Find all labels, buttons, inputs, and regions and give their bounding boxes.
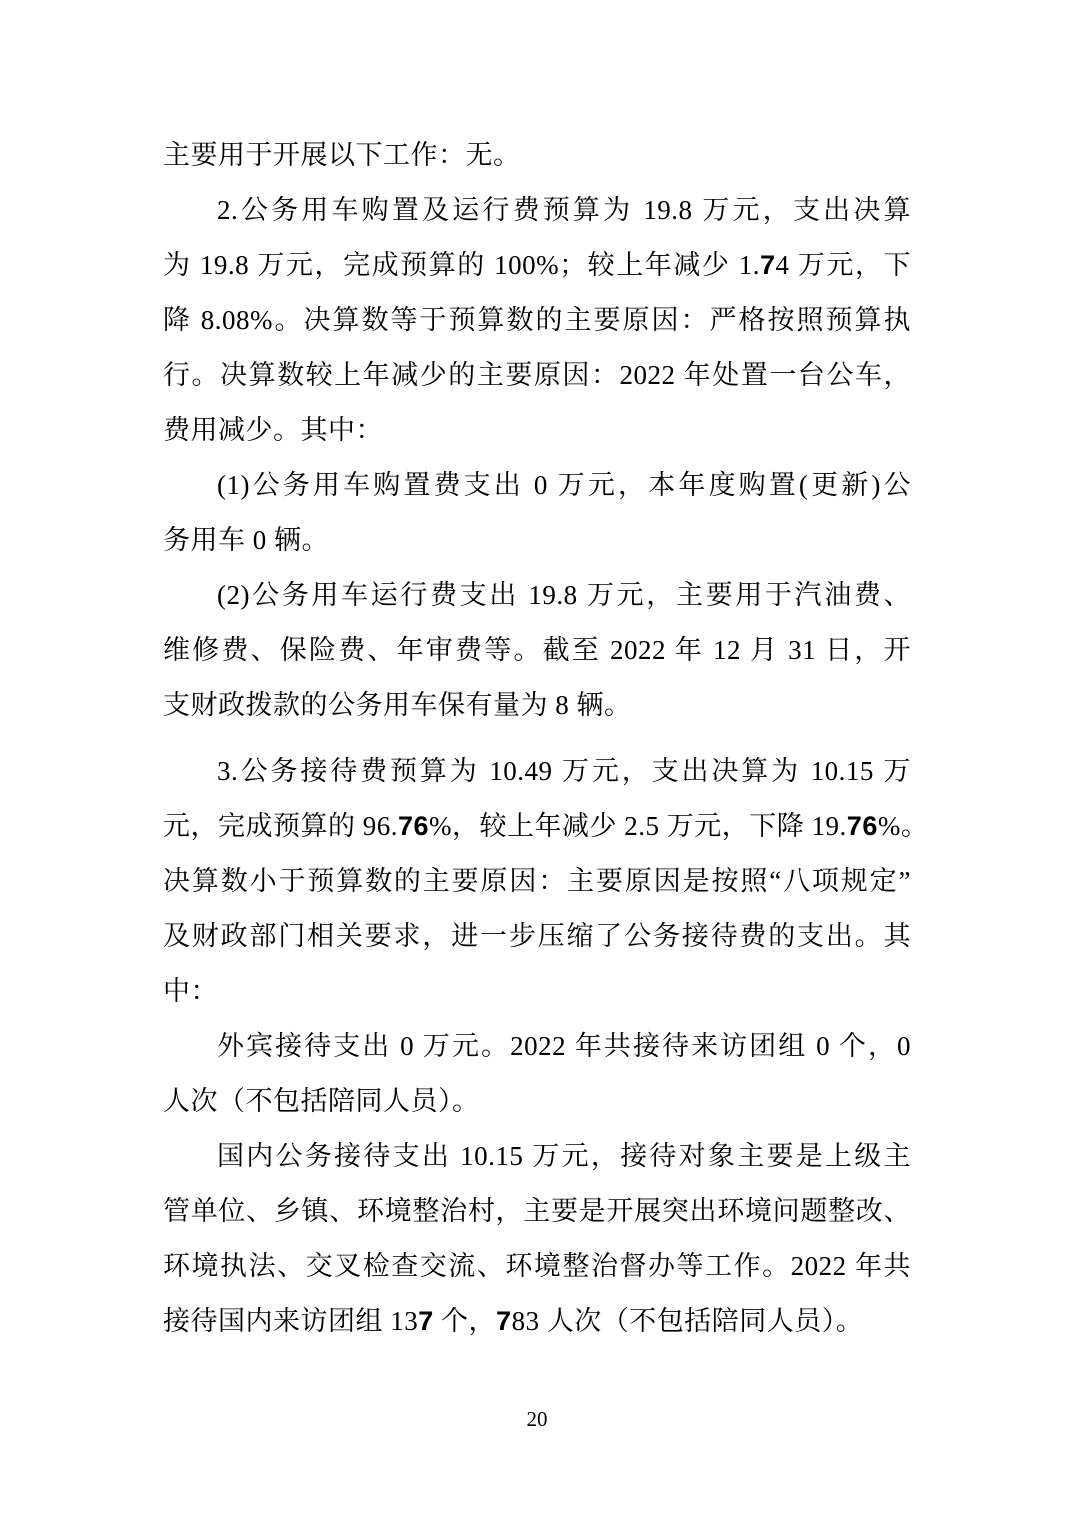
text-line: 降 8.08%。决算数等于预算数的主要原因：严格按照预算执	[163, 293, 911, 348]
text-segment: 环境执法、交叉检查交流、环境整治督办等工作。2022 年共	[163, 1251, 911, 1281]
bold-number: 76	[847, 811, 878, 841]
text-line: 环境执法、交叉检查交流、环境整治督办等工作。2022 年共	[163, 1239, 911, 1294]
text-line: 中：	[163, 964, 911, 1019]
text-segment: 务用车 0 辆。	[163, 525, 329, 555]
text-segment: 4 万元，下	[776, 250, 911, 280]
text-segment: 为 19.8 万元，完成预算的 100%；较上年减少 1.	[163, 250, 760, 280]
text-line: 接待国内来访团组 137 个，783 人次（不包括陪同人员）。	[163, 1294, 911, 1349]
text-segment: 费用减少。其中：	[163, 415, 383, 445]
text-segment: 中：	[163, 976, 218, 1006]
text-segment: 降 8.08%。决算数等于预算数的主要原因：严格按照预算执	[163, 305, 911, 335]
text-segment: 2.公务用车购置及运行费预算为 19.8 万元，支出决算	[217, 195, 911, 225]
text-line: 维修费、保险费、年审费等。截至 2022 年 12 月 31 日，开	[163, 623, 911, 678]
text-segment: 元，完成预算的 96.	[163, 811, 398, 841]
text-segment: 外宾接待支出 0 万元。2022 年共接待来访团组 0 个，0	[217, 1031, 911, 1061]
text-line: 务用车 0 辆。	[163, 513, 911, 568]
text-line: 支财政拨款的公务用车保有量为 8 辆。	[163, 678, 911, 733]
text-segment: 人次（不包括陪同人员）。	[163, 1086, 480, 1116]
text-line: 决算数小于预算数的主要原因：主要原因是按照“八项规定”	[163, 854, 911, 909]
text-segment: 维修费、保险费、年审费等。截至 2022 年 12 月 31 日，开	[163, 635, 911, 665]
text-line: (2)公务用车运行费支出 19.8 万元，主要用于汽油费、	[163, 568, 911, 623]
text-segment: 行。决算数较上年减少的主要原因：2022 年处置一台公车，	[163, 360, 911, 390]
text-segment: 支财政拨款的公务用车保有量为 8 辆。	[163, 690, 632, 720]
text-segment: 接待国内来访团组 13	[163, 1306, 418, 1336]
text-segment: 3.公务接待费预算为 10.49 万元，支出决算为 10.15 万	[217, 756, 911, 786]
text-line: 国内公务接待支出 10.15 万元，接待对象主要是上级主	[163, 1129, 911, 1184]
text-segment: 主要用于开展以下工作：无。	[163, 140, 521, 170]
text-line: 元，完成预算的 96.76%，较上年减少 2.5 万元，下降 19.76%。	[163, 799, 911, 854]
text-segment: %，较上年减少 2.5 万元，下降 19.	[429, 811, 847, 841]
text-segment: 个，	[434, 1306, 496, 1336]
text-line: 外宾接待支出 0 万元。2022 年共接待来访团组 0 个，0	[163, 1019, 911, 1074]
bold-number: 7	[496, 1306, 512, 1336]
text-segment: 决算数小于预算数的主要原因：主要原因是按照“八项规定”	[163, 866, 911, 896]
bold-number: 76	[398, 811, 429, 841]
text-line: 3.公务接待费预算为 10.49 万元，支出决算为 10.15 万	[163, 744, 911, 799]
text-segment: 国内公务接待支出 10.15 万元，接待对象主要是上级主	[217, 1141, 911, 1171]
text-line: 为 19.8 万元，完成预算的 100%；较上年减少 1.74 万元，下	[163, 238, 911, 293]
page-number: 20	[0, 1404, 1074, 1434]
text-segment: 83 人次（不包括陪同人员）。	[512, 1306, 864, 1336]
bold-number: 7	[418, 1306, 434, 1336]
text-line: 人次（不包括陪同人员）。	[163, 1074, 911, 1129]
text-line: 主要用于开展以下工作：无。	[163, 128, 911, 183]
text-line: 行。决算数较上年减少的主要原因：2022 年处置一台公车，	[163, 348, 911, 403]
text-segment: (2)公务用车运行费支出 19.8 万元，主要用于汽油费、	[217, 580, 911, 610]
text-line: 费用减少。其中：	[163, 403, 911, 458]
text-line: (1)公务用车购置费支出 0 万元，本年度购置(更新)公	[163, 458, 911, 513]
document-body: 主要用于开展以下工作：无。2.公务用车购置及运行费预算为 19.8 万元，支出决…	[163, 128, 911, 1349]
document-page: 主要用于开展以下工作：无。2.公务用车购置及运行费预算为 19.8 万元，支出决…	[0, 0, 1074, 1520]
text-segment: (1)公务用车购置费支出 0 万元，本年度购置(更新)公	[217, 470, 911, 500]
text-segment: 及财政部门相关要求，进一步压缩了公务接待费的支出。其	[163, 921, 911, 951]
bold-number: 7	[760, 250, 776, 280]
text-line: 2.公务用车购置及运行费预算为 19.8 万元，支出决算	[163, 183, 911, 238]
text-segment: %。	[878, 811, 929, 841]
text-segment: 管单位、乡镇、环境整治村，主要是开展突出环境问题整改、	[163, 1196, 911, 1226]
text-line: 管单位、乡镇、环境整治村，主要是开展突出环境问题整改、	[163, 1184, 911, 1239]
text-line: 及财政部门相关要求，进一步压缩了公务接待费的支出。其	[163, 909, 911, 964]
